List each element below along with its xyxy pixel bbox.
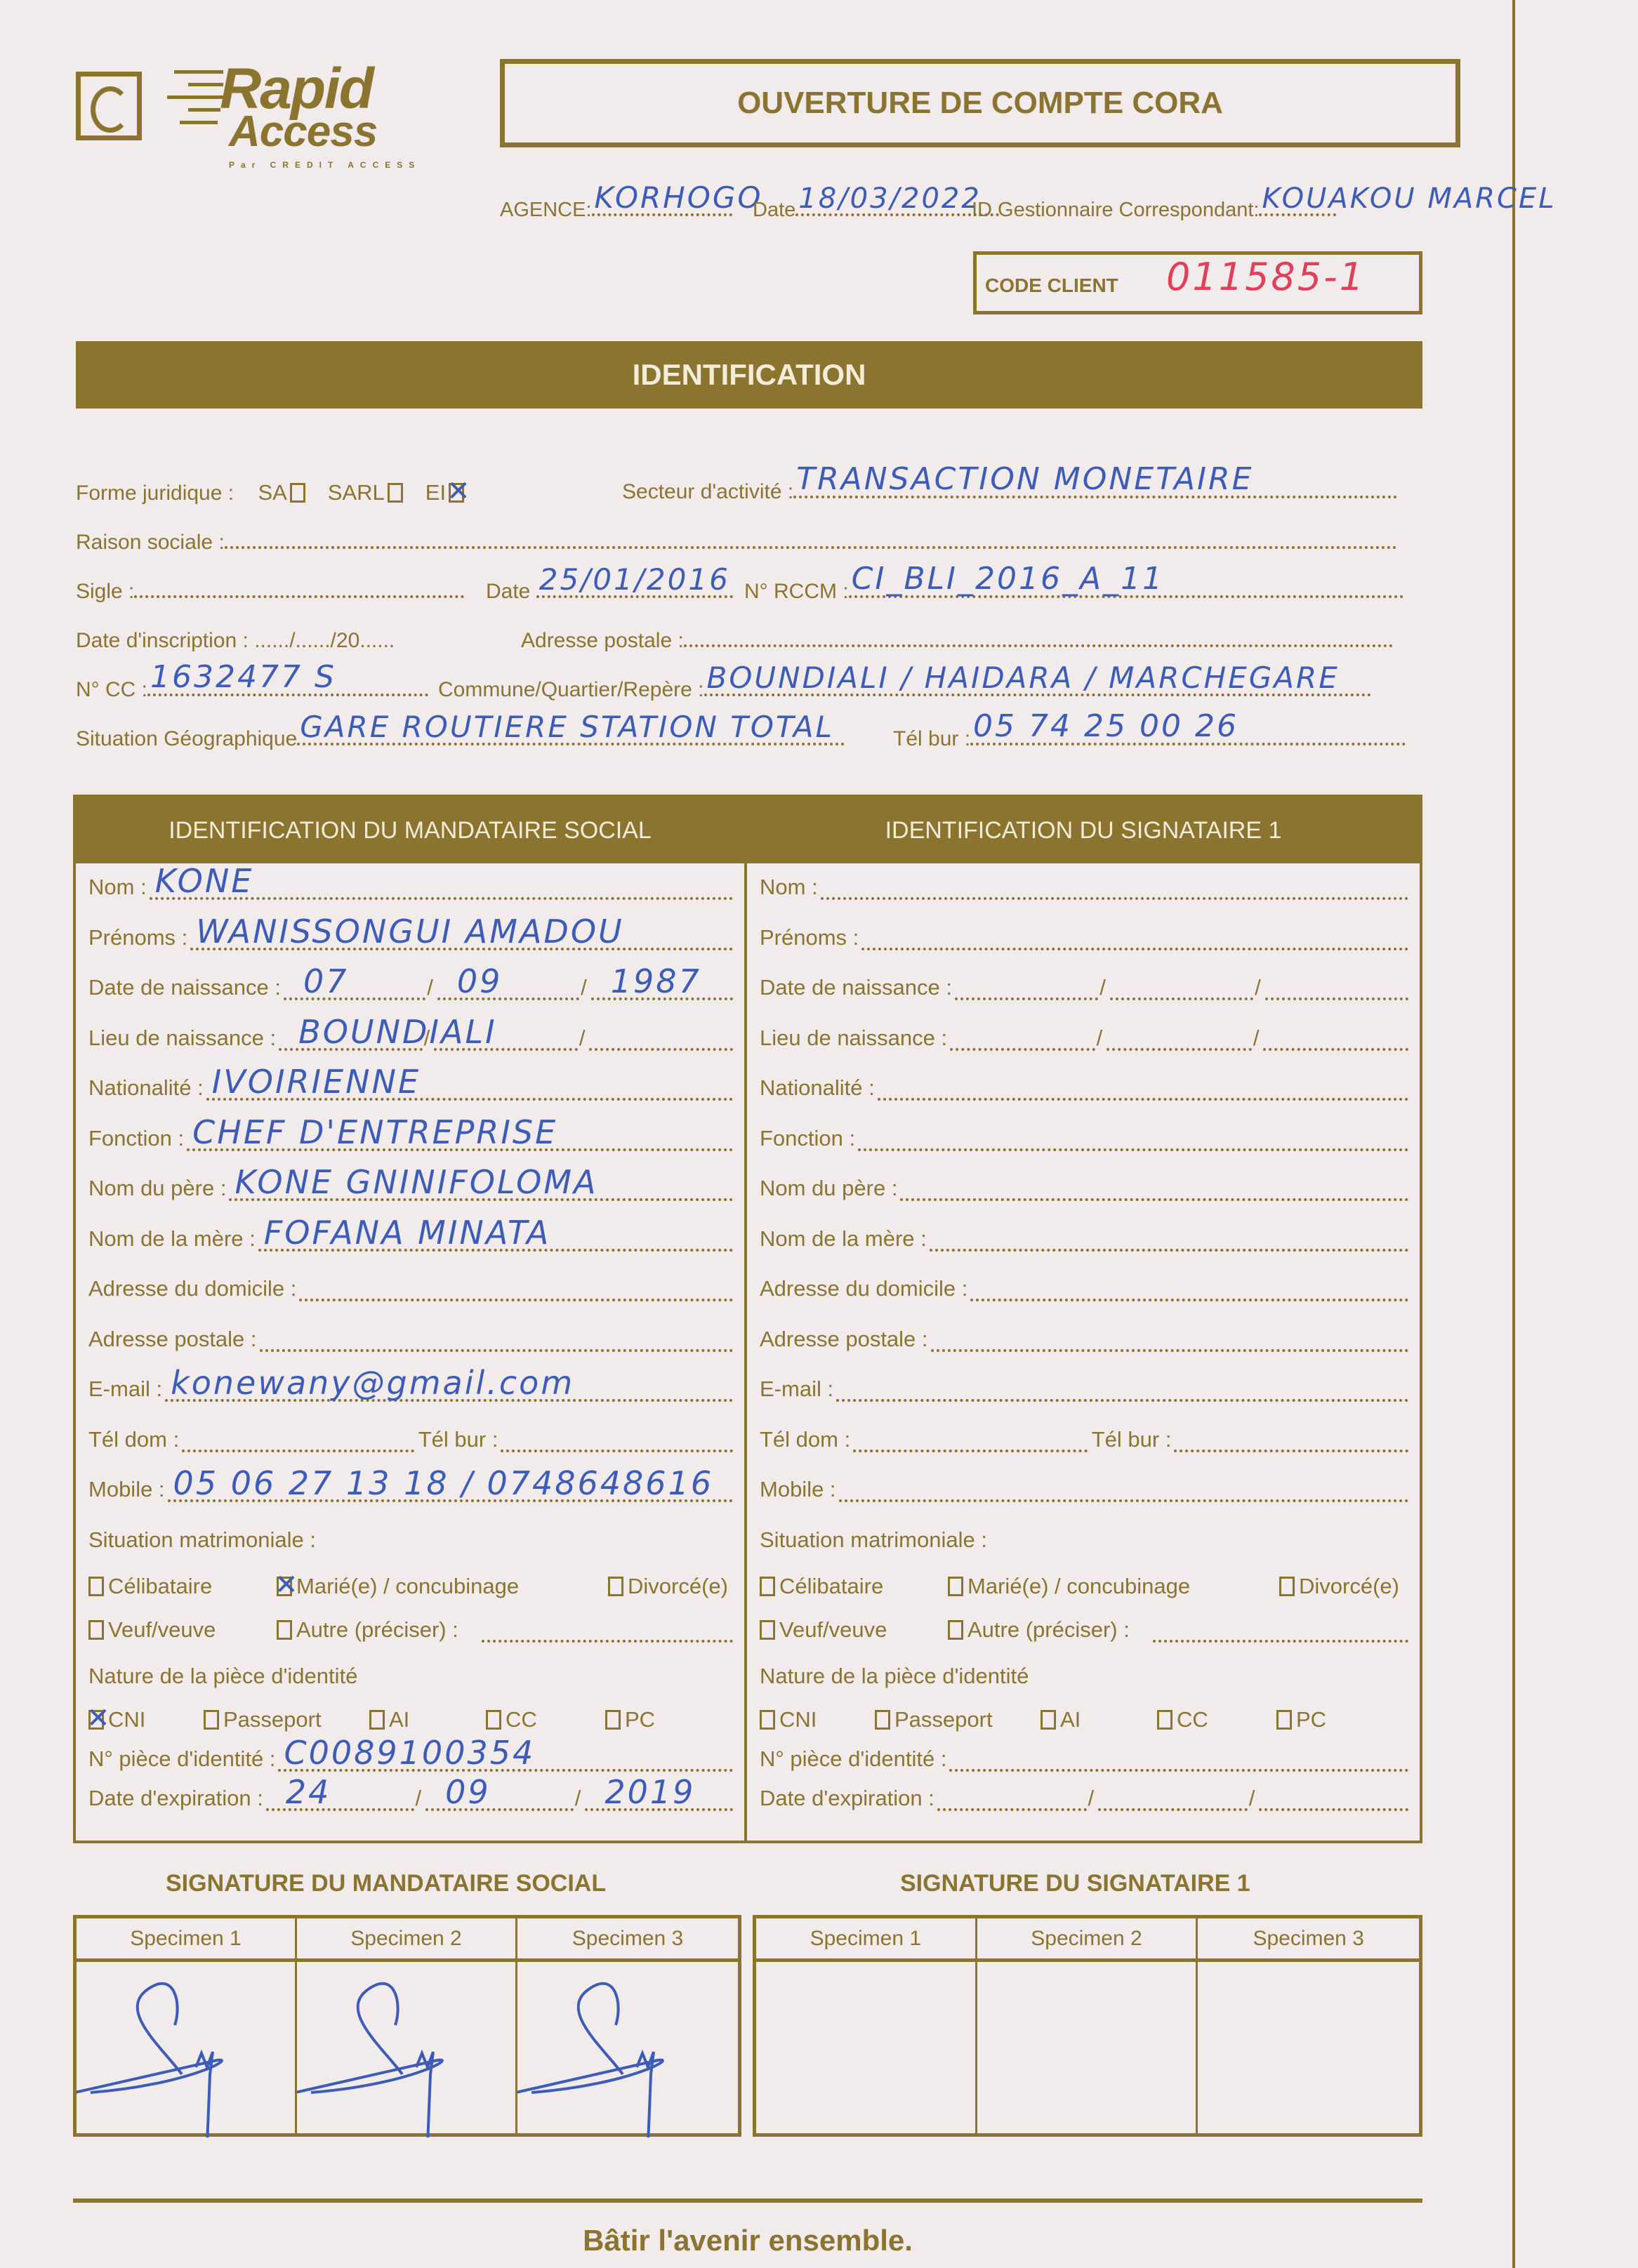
- secteur-field[interactable]: Secteur d'activité :TRANSACTION MONETAIR…: [622, 480, 1397, 504]
- handwritten-signature: [77, 1962, 298, 2137]
- piece-label: Nature de la pièce d'identité: [760, 1664, 1029, 1689]
- pere-input[interactable]: [900, 1183, 1408, 1201]
- piece-option[interactable]: AI: [1041, 1707, 1081, 1732]
- date-separator: /: [1253, 1026, 1260, 1051]
- header-date-field[interactable]: Date18/03/2022: [753, 198, 999, 222]
- adresse-postale-label: Adresse postale :: [521, 629, 684, 652]
- page-edge-rule: [1512, 0, 1515, 2268]
- checkbox[interactable]: [290, 483, 305, 503]
- lieu-row: Lieu de naissance ://: [760, 1026, 1408, 1051]
- email-label: E-mail :: [760, 1377, 833, 1402]
- situation-option[interactable]: Célibataire: [760, 1574, 883, 1599]
- lieu-3-input[interactable]: [1263, 1033, 1408, 1051]
- tel-dom-input[interactable]: [182, 1434, 414, 1452]
- checkbox[interactable]: [277, 1577, 292, 1596]
- tel-bur-field[interactable]: Tél bur :05 74 25 00 26: [893, 727, 1406, 751]
- signataire-specimen-header-2: Specimen 2: [977, 1918, 1198, 1962]
- exp-aaaa-input[interactable]: [1259, 1793, 1408, 1811]
- num-piece-row: N° pièce d'identité :C0089100354: [88, 1746, 733, 1772]
- situation-option[interactable]: Veuf/veuve: [760, 1617, 887, 1643]
- date-separator: /: [575, 1786, 581, 1811]
- autre-input[interactable]: [482, 1624, 733, 1643]
- nom-input[interactable]: [821, 882, 1408, 900]
- situation-row-2: Veuf/veuveAutre (préciser) :: [88, 1614, 733, 1643]
- situation-row-1: CélibataireMarié(e) / concubinageDivorcé…: [88, 1571, 733, 1599]
- piece-option[interactable]: CNI: [88, 1707, 145, 1732]
- pere-row: Nom du père :KONE GNINIFOLOMA: [88, 1176, 733, 1201]
- checkbox[interactable]: [875, 1710, 890, 1730]
- email-row: E-mail :konewany@gmail.com: [88, 1377, 733, 1402]
- mandataire-signature-table: Specimen 1Specimen 2Specimen 3: [73, 1915, 741, 2137]
- num-piece-input[interactable]: [949, 1753, 1408, 1772]
- signataire-specimen-area-1[interactable]: [756, 1962, 977, 2133]
- naissance-mm-input[interactable]: [1110, 982, 1253, 1000]
- domicile-row: Adresse du domicile :: [760, 1276, 1408, 1301]
- exp-aaaa-input[interactable]: 2019: [585, 1793, 733, 1811]
- expiration-row: Date d'expiration :24/09/2019: [88, 1786, 733, 1811]
- gestionnaire-field[interactable]: ID Gestionnaire Correspondant:KOUAKOU MA…: [972, 198, 1336, 222]
- date-inscription-label: Date d'inscription :: [76, 629, 249, 652]
- handwritten-signature: [517, 1962, 739, 2137]
- code-client-label: CODE CLIENT: [985, 274, 1118, 297]
- speed-line: [180, 121, 218, 124]
- creation-date-field[interactable]: Date 25/01/2016: [486, 580, 733, 604]
- piece-option[interactable]: AI: [369, 1707, 409, 1732]
- secteur-value: TRANSACTION MONETAIRE: [796, 461, 1253, 497]
- tel-bur-input[interactable]: [1174, 1434, 1408, 1452]
- footer-slogan: Bâtir l'avenir ensemble.: [0, 2224, 1495, 2257]
- sigle-label: Sigle :: [76, 580, 134, 603]
- prenoms-input[interactable]: [861, 932, 1408, 950]
- piece-option[interactable]: PC: [605, 1707, 655, 1732]
- tel-bur-label: Tél bur :: [418, 1427, 498, 1452]
- lieu-label: Lieu de naissance :: [88, 1026, 276, 1051]
- ca-monogram-icon: [76, 72, 142, 140]
- domicile-input[interactable]: [970, 1283, 1408, 1301]
- naissance-aaaa-input[interactable]: [1265, 982, 1408, 1000]
- agence-field[interactable]: AGENCE:KORHOGO: [500, 198, 732, 222]
- option-label: CC: [1177, 1707, 1208, 1732]
- piece-label-row: Nature de la pièce d'identité: [760, 1664, 1408, 1689]
- form-title: OUVERTURE DE COMPTE CORA: [500, 59, 1460, 147]
- exp-aaaa-value: 2019: [605, 1773, 695, 1811]
- num-piece-label: N° pièce d'identité :: [88, 1746, 275, 1772]
- nationalite-input[interactable]: IVOIRIENNE: [206, 1082, 733, 1101]
- postale-label: Adresse postale :: [760, 1327, 928, 1352]
- option-label: Marié(e) / concubinage: [296, 1574, 519, 1599]
- option-label: Célibataire: [779, 1574, 883, 1599]
- email-label: E-mail :: [88, 1377, 162, 1402]
- naissance-label: Date de naissance :: [760, 975, 952, 1000]
- tel-dom-input[interactable]: [853, 1434, 1088, 1452]
- date-separator: /: [1088, 1786, 1095, 1811]
- expiration-label: Date d'expiration :: [760, 1786, 934, 1811]
- header-date-label: Date: [753, 199, 795, 221]
- rccm-label: N° RCCM :: [744, 580, 849, 603]
- option-label: PC: [625, 1707, 655, 1732]
- tel-dom-label: Tél dom :: [88, 1427, 179, 1452]
- forme-juridique-label: Forme juridique :: [76, 482, 234, 505]
- checkbox[interactable]: [88, 1620, 104, 1640]
- checkbox[interactable]: [948, 1620, 963, 1640]
- rccm-field[interactable]: N° RCCM :CI_BLI_2016_A_11: [744, 580, 1403, 604]
- checkbox[interactable]: [1276, 1710, 1292, 1730]
- checkbox[interactable]: [88, 1577, 104, 1596]
- prenoms-row: Prénoms :: [760, 925, 1408, 950]
- date-separator: /: [1097, 1026, 1103, 1051]
- option-label: AI: [1060, 1707, 1081, 1732]
- situation-option[interactable]: Célibataire: [88, 1574, 212, 1599]
- domicile-input[interactable]: [299, 1283, 733, 1301]
- pere-label: Nom du père :: [760, 1176, 897, 1201]
- autre-input[interactable]: [1153, 1624, 1408, 1643]
- tel-bur-input[interactable]: [501, 1434, 733, 1452]
- creation-date-value: 25/01/2016: [539, 562, 730, 597]
- num-piece-row: N° pièce d'identité :: [760, 1746, 1408, 1772]
- num-piece-value: C0089100354: [284, 1734, 535, 1772]
- commune-label: Commune/Quartier/Repère :: [438, 678, 704, 701]
- piece-option[interactable]: CNI: [760, 1707, 817, 1732]
- checkbox[interactable]: [486, 1710, 501, 1730]
- fonction-input[interactable]: CHEF D'ENTREPRISE: [187, 1133, 733, 1151]
- commune-value: BOUNDIALI / HAIDARA / MARCHEGARE: [707, 661, 1340, 695]
- mere-input[interactable]: [930, 1233, 1408, 1252]
- signataire-signature-title: SIGNATURE DU SIGNATAIRE 1: [900, 1870, 1250, 1897]
- postale-input[interactable]: [931, 1334, 1408, 1352]
- fonction-row: Fonction :: [760, 1126, 1408, 1151]
- tel-bur-label: Tél bur :: [1092, 1427, 1172, 1452]
- mobile-row: Mobile :: [760, 1477, 1408, 1502]
- situation-geo-label: Situation Géographique: [76, 727, 297, 750]
- date-separator: /: [416, 1786, 422, 1811]
- mandataire-specimen-header-3: Specimen 3: [517, 1918, 738, 1962]
- naissance-mm-input[interactable]: 09: [437, 982, 579, 1000]
- date-separator: /: [427, 975, 433, 1000]
- prenoms-value: WANISSONGUI AMADOU: [196, 913, 623, 950]
- lieu-2-input[interactable]: [434, 1033, 578, 1051]
- fonction-label: Fonction :: [760, 1126, 855, 1151]
- exp-jj-input[interactable]: [937, 1793, 1087, 1811]
- mandataire-specimen-area-3[interactable]: [517, 1962, 738, 2133]
- piece-option[interactable]: PC: [1276, 1707, 1326, 1732]
- option-label: PC: [1296, 1707, 1326, 1732]
- option-label: Divorcé(e): [1299, 1574, 1399, 1599]
- tel-bur-value: 05 74 25 00 26: [973, 708, 1239, 744]
- nom-row: Nom :: [760, 875, 1408, 900]
- gestionnaire-label: ID Gestionnaire Correspondant:: [972, 199, 1259, 221]
- lieu-label: Lieu de naissance :: [760, 1026, 947, 1051]
- piece-option[interactable]: CC: [486, 1707, 537, 1732]
- date-separator: /: [1249, 1786, 1255, 1811]
- pere-value: KONE GNINIFOLOMA: [235, 1163, 597, 1201]
- option-label: Célibataire: [108, 1574, 212, 1599]
- rapid-access-logo: Rapid Access Par CREDIT ACCESS: [76, 62, 441, 181]
- option-label: Passeport: [223, 1707, 322, 1732]
- email-row: E-mail :: [760, 1377, 1408, 1402]
- mobile-label: Mobile :: [88, 1477, 165, 1502]
- situation-row-2: Veuf/veuveAutre (préciser) :: [760, 1614, 1408, 1643]
- signataire-band: IDENTIFICATION DU SIGNATAIRE 1: [747, 797, 1420, 863]
- lieu-3-input[interactable]: [589, 1033, 733, 1051]
- domicile-row: Adresse du domicile :: [88, 1276, 733, 1301]
- email-input[interactable]: konewany@gmail.com: [165, 1384, 733, 1402]
- lieu-2-input[interactable]: [1107, 1033, 1252, 1051]
- date-inscription-value: ....../....../20......: [254, 629, 395, 652]
- postale-row: Adresse postale :: [760, 1327, 1408, 1352]
- naissance-jj-value: 07: [303, 962, 349, 1000]
- forme-option-label: SA: [258, 480, 286, 505]
- naissance-aaaa-input[interactable]: 1987: [591, 982, 733, 1000]
- expiration-label: Date d'expiration :: [88, 1786, 263, 1811]
- mobile-input[interactable]: [839, 1484, 1408, 1502]
- raison-sociale-label: Raison sociale :: [76, 531, 225, 554]
- nom-value: KONE: [155, 862, 254, 900]
- creation-date-label: Date: [486, 580, 530, 603]
- speed-line: [167, 95, 223, 99]
- nationalite-label: Nationalité :: [760, 1075, 875, 1101]
- option-label: Veuf/veuve: [108, 1617, 216, 1643]
- situation-option[interactable]: Veuf/veuve: [88, 1617, 216, 1643]
- checkbox[interactable]: [605, 1710, 621, 1730]
- checkbox[interactable]: [760, 1710, 775, 1730]
- signataire-signature-table: Specimen 1Specimen 2Specimen 3: [753, 1915, 1422, 2137]
- piece-option[interactable]: CC: [1157, 1707, 1208, 1732]
- mobile-input[interactable]: 05 06 27 13 18 / 0748648616: [168, 1484, 733, 1502]
- speed-line: [188, 108, 220, 112]
- prenoms-label: Prénoms :: [88, 925, 187, 950]
- situation-option[interactable]: Autre (préciser) :: [277, 1617, 458, 1643]
- checkbox[interactable]: [948, 1577, 963, 1596]
- signataire-block: IDENTIFICATION DU SIGNATAIRE 1 Nom :Prén…: [747, 795, 1422, 1843]
- option-label: Autre (préciser) :: [296, 1617, 458, 1643]
- mandataire-specimen-header-2: Specimen 2: [297, 1918, 517, 1962]
- fonction-label: Fonction :: [88, 1126, 184, 1151]
- checkbox[interactable]: [277, 1620, 292, 1640]
- piece-options-row: CNIPasseportAICCPC: [760, 1704, 1408, 1732]
- tel-dom-label: Tél dom :: [760, 1427, 850, 1452]
- situation-geo-field[interactable]: Situation GéographiqueGARE ROUTIERE STAT…: [76, 727, 845, 751]
- signataire-specimen-area-2[interactable]: [977, 1962, 1198, 2133]
- checkbox[interactable]: [449, 483, 464, 503]
- checkbox[interactable]: [608, 1577, 623, 1596]
- brand-tagline: Par CREDIT ACCESS: [229, 160, 421, 170]
- lieu-row: Lieu de naissance :BOUNDIALI//: [88, 1026, 733, 1051]
- signataire-specimen-area-3[interactable]: [1198, 1962, 1419, 2133]
- mandataire-signature-title: SIGNATURE DU MANDATAIRE SOCIAL: [166, 1870, 606, 1897]
- fonction-value: CHEF D'ENTREPRISE: [192, 1113, 557, 1151]
- num-piece-input[interactable]: C0089100354: [278, 1753, 733, 1772]
- raison-sociale-field[interactable]: Raison sociale :: [76, 531, 1397, 555]
- forme-option-sa[interactable]: SA: [258, 480, 309, 505]
- checkbox[interactable]: [1041, 1710, 1056, 1730]
- option-label: Divorcé(e): [628, 1574, 728, 1599]
- forme-option-ei[interactable]: EI: [425, 480, 468, 505]
- nationalite-label: Nationalité :: [88, 1075, 204, 1101]
- checkbox[interactable]: [88, 1710, 104, 1730]
- fonction-row: Fonction :CHEF D'ENTREPRISE: [88, 1126, 733, 1151]
- date-separator: /: [579, 1026, 586, 1051]
- mere-row: Nom de la mère :FOFANA MINATA: [88, 1226, 733, 1252]
- tel-bur-label: Tél bur :: [893, 727, 970, 750]
- domicile-label: Adresse du domicile :: [760, 1276, 967, 1301]
- forme-option-sarl[interactable]: SARL: [328, 480, 407, 505]
- situation-label: Situation matrimoniale :: [88, 1527, 316, 1553]
- prenoms-label: Prénoms :: [760, 925, 859, 950]
- checkbox[interactable]: [369, 1710, 385, 1730]
- situation-option[interactable]: Divorcé(e): [608, 1574, 728, 1599]
- fonction-input[interactable]: [858, 1133, 1408, 1151]
- mandataire-specimen-area-2[interactable]: [297, 1962, 517, 2133]
- header-date-value: 18/03/2022: [798, 183, 982, 215]
- mandataire-specimen-area-1[interactable]: [77, 1962, 297, 2133]
- lieu-input[interactable]: [950, 1033, 1095, 1051]
- nom-label: Nom :: [760, 875, 818, 900]
- date-separator: /: [1099, 975, 1106, 1000]
- situation-label-row: Situation matrimoniale :: [760, 1527, 1408, 1553]
- secteur-label: Secteur d'activité :: [622, 480, 793, 503]
- option-label: AI: [389, 1707, 409, 1732]
- pere-row: Nom du père :: [760, 1176, 1408, 1201]
- mere-input[interactable]: FOFANA MINATA: [258, 1233, 733, 1252]
- mobile-value: 05 06 27 13 18 / 0748648616: [173, 1464, 714, 1502]
- situation-geo-value: GARE ROUTIERE STATION TOTAL: [300, 710, 834, 744]
- situation-row-1: CélibataireMarié(e) / concubinageDivorcé…: [760, 1571, 1408, 1599]
- nationalite-input[interactable]: [878, 1082, 1408, 1101]
- postale-input[interactable]: [260, 1334, 733, 1352]
- pere-input[interactable]: KONE GNINIFOLOMA: [229, 1183, 733, 1201]
- exp-mm-value: 09: [445, 1773, 491, 1811]
- code-client-box[interactable]: CODE CLIENT 011585-1: [973, 251, 1422, 314]
- email-input[interactable]: [836, 1384, 1408, 1402]
- rccm-value: CI_BLI_2016_A_11: [852, 561, 1164, 597]
- postale-label: Adresse postale :: [88, 1327, 257, 1352]
- option-label: CNI: [779, 1707, 817, 1732]
- piece-label-row: Nature de la pièce d'identité: [88, 1664, 733, 1689]
- piece-option[interactable]: Passeport: [204, 1707, 322, 1732]
- ncc-value: 1632477 S: [150, 659, 336, 695]
- naissance-jj-input[interactable]: 07: [284, 982, 425, 1000]
- expiration-row: Date d'expiration ://: [760, 1786, 1408, 1811]
- adresse-postale-field[interactable]: Adresse postale :: [521, 629, 1393, 653]
- checkbox[interactable]: [204, 1710, 219, 1730]
- brand-name-line2: Access: [229, 107, 377, 157]
- situation-label: Situation matrimoniale :: [760, 1527, 987, 1553]
- ncc-label: N° CC :: [76, 678, 147, 701]
- tel-row: Tél dom :Tél bur :: [760, 1427, 1408, 1452]
- naissance-jj-input[interactable]: [955, 982, 1098, 1000]
- checkbox[interactable]: [760, 1577, 775, 1596]
- mandataire-block: IDENTIFICATION DU MANDATAIRE SOCIAL Nom …: [73, 795, 747, 1843]
- lieu-input[interactable]: BOUNDIALI: [279, 1033, 423, 1051]
- naissance-row: Date de naissance :07/09/1987: [88, 975, 733, 1000]
- piece-label: Nature de la pièce d'identité: [88, 1664, 357, 1689]
- option-label: Autre (préciser) :: [967, 1617, 1130, 1643]
- nom-row: Nom :KONE: [88, 875, 733, 900]
- naissance-mm-value: 09: [457, 962, 503, 1000]
- prenoms-row: Prénoms :WANISSONGUI AMADOU: [88, 925, 733, 950]
- option-label: Veuf/veuve: [779, 1617, 887, 1643]
- mandataire-specimen-header-1: Specimen 1: [77, 1918, 297, 1962]
- piece-option[interactable]: Passeport: [875, 1707, 993, 1732]
- exp-mm-input[interactable]: 09: [425, 1793, 574, 1811]
- nationalite-row: Nationalité :IVOIRIENNE: [88, 1075, 733, 1101]
- checkbox[interactable]: [760, 1620, 775, 1640]
- nationalite-value: IVOIRIENNE: [212, 1063, 421, 1101]
- nom-input[interactable]: KONE: [150, 882, 733, 900]
- mobile-label: Mobile :: [760, 1477, 836, 1502]
- mandataire-band: IDENTIFICATION DU MANDATAIRE SOCIAL: [76, 797, 744, 863]
- num-piece-label: N° pièce d'identité :: [760, 1746, 946, 1772]
- signataire-specimen-header-3: Specimen 3: [1198, 1918, 1419, 1962]
- naissance-label: Date de naissance :: [88, 975, 281, 1000]
- speed-lines-icon: [174, 70, 223, 74]
- postale-row: Adresse postale :: [88, 1327, 733, 1352]
- option-label: CNI: [108, 1707, 145, 1732]
- forme-option-label: SARL: [328, 480, 385, 505]
- nom-label: Nom :: [88, 875, 147, 900]
- naissance-row: Date de naissance ://: [760, 975, 1408, 1000]
- commune-field[interactable]: Commune/Quartier/Repère :BOUNDIALI / HAI…: [438, 678, 1371, 702]
- agence-value: KORHOGO: [595, 180, 763, 215]
- forme-juridique-row: Forme juridique : SASARLEI: [76, 480, 468, 505]
- agence-label: AGENCE:: [500, 199, 592, 221]
- situation-option[interactable]: Marié(e) / concubinage: [948, 1574, 1190, 1599]
- option-label: Passeport: [894, 1707, 993, 1732]
- identification-band: IDENTIFICATION: [76, 341, 1422, 409]
- checkbox[interactable]: [1157, 1710, 1173, 1730]
- option-label: CC: [506, 1707, 537, 1732]
- mere-label: Nom de la mère :: [88, 1226, 256, 1252]
- ncc-field[interactable]: N° CC :1632477 S: [76, 678, 428, 702]
- prenoms-input[interactable]: WANISSONGUI AMADOU: [190, 932, 733, 950]
- option-label: Marié(e) / concubinage: [967, 1574, 1190, 1599]
- email-value: konewany@gmail.com: [171, 1364, 574, 1402]
- checkbox[interactable]: [1279, 1577, 1295, 1596]
- date-inscription-field[interactable]: Date d'inscription : ....../....../20...…: [76, 629, 395, 653]
- forme-option-label: EI: [425, 480, 446, 505]
- situation-option[interactable]: Autre (préciser) :: [948, 1617, 1130, 1643]
- code-client-value: 011585-1: [1166, 255, 1366, 299]
- checkbox[interactable]: [388, 483, 403, 503]
- mobile-row: Mobile :05 06 27 13 18 / 0748648616: [88, 1477, 733, 1502]
- tel-row: Tél dom :Tél bur :: [88, 1427, 733, 1452]
- domicile-label: Adresse du domicile :: [88, 1276, 296, 1301]
- situation-option[interactable]: Divorcé(e): [1279, 1574, 1399, 1599]
- date-separator: /: [581, 975, 587, 1000]
- speed-line: [188, 83, 223, 86]
- exp-mm-input[interactable]: [1098, 1793, 1248, 1811]
- situation-label-row: Situation matrimoniale :: [88, 1527, 733, 1553]
- piece-options-row: CNIPasseportAICCPC: [88, 1704, 733, 1732]
- exp-jj-input[interactable]: 24: [266, 1793, 414, 1811]
- naissance-aaaa-value: 1987: [611, 962, 701, 1000]
- handwritten-signature: [297, 1962, 519, 2137]
- footer-rule: [73, 2199, 1422, 2203]
- mere-label: Nom de la mère :: [760, 1226, 927, 1252]
- mere-row: Nom de la mère :: [760, 1226, 1408, 1252]
- pere-label: Nom du père :: [88, 1176, 226, 1201]
- nationalite-row: Nationalité :: [760, 1075, 1408, 1101]
- situation-option[interactable]: Marié(e) / concubinage: [277, 1574, 519, 1599]
- mere-value: FOFANA MINATA: [264, 1214, 551, 1252]
- exp-jj-value: 24: [286, 1773, 331, 1811]
- signataire-specimen-header-1: Specimen 1: [756, 1918, 977, 1962]
- sigle-field[interactable]: Sigle :: [76, 580, 464, 604]
- gestionnaire-value: KOUAKOU MARCEL: [1262, 183, 1556, 215]
- date-separator: /: [1255, 975, 1261, 1000]
